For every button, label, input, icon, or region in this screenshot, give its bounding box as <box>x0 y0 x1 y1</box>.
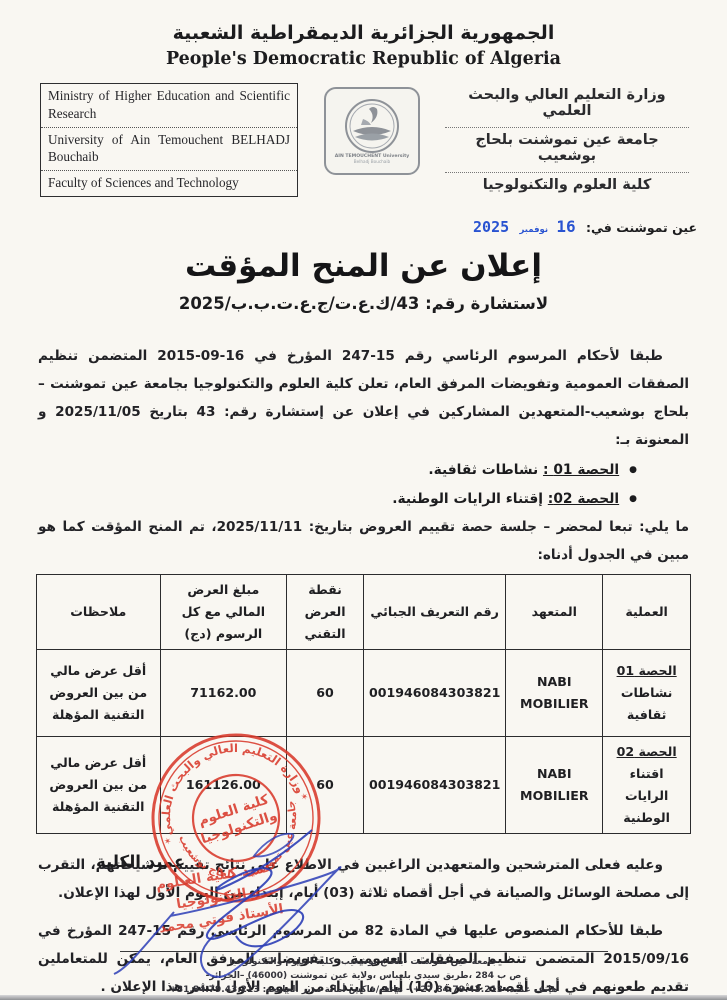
scanned-document-page: الجمهورية الجزائرية الديمقراطية الشعبية … <box>0 0 727 1000</box>
seal-subcaption: Belhadj Bouchaib <box>353 159 390 164</box>
svg-text:✶: ✶ <box>163 836 173 848</box>
lot-number: الحصة 01 <box>608 660 685 682</box>
col-contractor: المتعهد <box>506 575 603 650</box>
lot-1-text: نشاطات ثقافية. <box>428 462 543 478</box>
consultation-number: لاستشارة رقم: 43/ك.ع.ت/ج.ع.ت.ب.ب/2025 <box>0 294 727 313</box>
dean-signature-title: عميد الكلية <box>96 852 185 871</box>
university-seal-icon: AIN TEMOUCHENT University Belhadj Boucha… <box>333 95 411 167</box>
evaluation-paragraph: ما يلي: تبعا لمحضر – جلسة حصة تقييم العر… <box>38 514 689 570</box>
ministry-box-arabic: وزارة التعليم العالي والبحث العلمي جامعة… <box>445 83 689 201</box>
footer: جامعة عين تموشنت -بلحاج بوشعيب- كلية الع… <box>0 951 727 998</box>
cell-operation: الحصة 02اقتناء الرايات الوطنية <box>603 737 691 834</box>
date-stamp-month: نوفمبر <box>520 225 549 235</box>
col-operation: العملية <box>603 575 691 650</box>
lot-item-2: الحصة 02: إقتناء الرايات الوطنية. <box>38 485 637 514</box>
lot-item-1: الحصة 01 : نشاطات ثقافية. <box>38 456 637 485</box>
footer-university-line: جامعة عين تموشنت -بلحاج بوشعيب- كلية الع… <box>0 956 727 970</box>
ministry-line: Ministry of Higher Education and Scienti… <box>41 84 297 128</box>
lot-1-label: الحصة 01 : <box>543 462 619 478</box>
lots-list: الحصة 01 : نشاطات ثقافية. الحصة 02: إقتن… <box>38 456 637 514</box>
award-table: العملية المتعهد رقم التعريف الجبائي نقطة… <box>36 574 691 834</box>
lot-description: نشاطات ثقافية <box>621 685 673 722</box>
footer-divider <box>120 951 608 952</box>
university-seal-logo: AIN TEMOUCHENT University Belhadj Boucha… <box>324 87 420 175</box>
dateline: عين تموشنت في: 16 نوفمبر 2025 <box>0 217 697 236</box>
col-tech-score: نقطة العرض التقني <box>287 575 364 650</box>
cell-tech-score: 60 <box>287 737 364 834</box>
lot-2-text: إقتناء الرايات الوطنية. <box>392 491 548 507</box>
body-block: طبقا لأحكام المرسوم الرئاسي رقم 15-247 ا… <box>38 343 689 570</box>
table-row: الحصة 01نشاطات ثقافية NABI MOBILIER 0019… <box>37 650 691 737</box>
cell-tax-id: 001946084303821 <box>363 737 505 834</box>
cell-remarks: أقل عرض مالي من بين العروض التقنية المؤه… <box>37 650 161 737</box>
intro-paragraph: طبقا لأحكام المرسوم الرئاسي رقم 15-247 ا… <box>38 343 689 454</box>
cell-tech-score: 60 <box>287 650 364 737</box>
cell-contractor: NABI MOBILIER <box>506 650 603 737</box>
cell-amount: 161126.00 <box>160 737 287 834</box>
ministry-box-english: Ministry of Higher Education and Scienti… <box>40 83 298 197</box>
lot-description: اقتناء الرايات الوطنية <box>623 766 670 825</box>
scan-bottom-edge <box>0 995 727 1000</box>
col-amount: مبلغ العرض المالي مع كل الرسوم (دج) <box>160 575 287 650</box>
faculty-line-ar: كلية العلوم والتكنولوجيا <box>445 173 689 201</box>
date-stamp-day: 16 <box>556 217 575 236</box>
cell-remarks: أقل عرض مالي من بين العروض التقنية المؤه… <box>37 737 161 834</box>
dateline-label: عين تموشنت في: <box>586 220 697 235</box>
table-row: الحصة 02اقتناء الرايات الوطنية NABI MOBI… <box>37 737 691 834</box>
table-header-row: العملية المتعهد رقم التعريف الجبائي نقطة… <box>37 575 691 650</box>
university-line-ar: جامعة عين تموشنت بلحاج بوشعيب <box>445 128 689 173</box>
cell-tax-id: 001946084303821 <box>363 650 505 737</box>
announcement-title: إعلان عن المنح المؤقت <box>0 248 727 284</box>
faculty-line: Faculty of Sciences and Technology <box>41 171 297 196</box>
lot-number: الحصة 02 <box>608 741 685 763</box>
footer-address-line: ص ب 284 ،طريق سيدي بلعباس ،ولاية عين تمو… <box>0 970 727 984</box>
col-remarks: ملاحظات <box>37 575 161 650</box>
date-stamp-year: 2025 <box>473 218 509 236</box>
republic-title-english: People's Democratic Republic of Algeria <box>0 49 727 69</box>
cell-contractor: NABI MOBILIER <box>506 737 603 834</box>
university-line: University of Ain Temouchent BELHADJ Bou… <box>41 128 297 172</box>
letterhead-row: Ministry of Higher Education and Scienti… <box>40 83 689 201</box>
republic-title-arabic: الجمهورية الجزائرية الديمقراطية الشعبية <box>0 0 727 44</box>
col-tax-id: رقم التعريف الجبائي <box>363 575 505 650</box>
cell-operation: الحصة 01نشاطات ثقافية <box>603 650 691 737</box>
ministry-line-ar: وزارة التعليم العالي والبحث العلمي <box>445 83 689 128</box>
cell-amount: 71162.00 <box>160 650 287 737</box>
lot-2-label: الحصة 02: <box>548 491 619 507</box>
